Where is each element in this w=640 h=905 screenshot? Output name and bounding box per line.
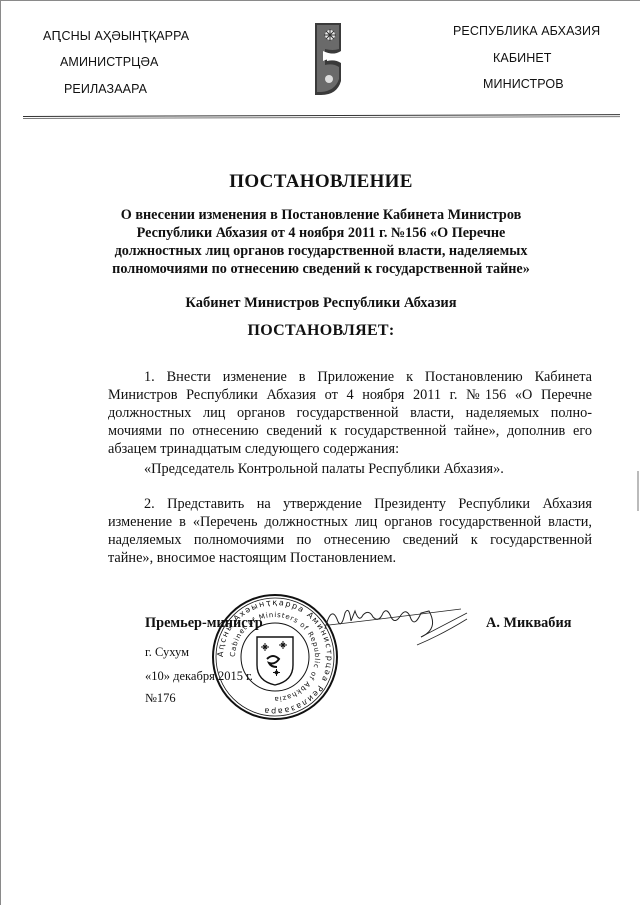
issuer-heading: Кабинет Министров Республики Абхазия: [1, 295, 640, 312]
header-left-line-2: АМИНИСТРЦӘА: [60, 55, 158, 69]
quoted-addition: «Председатель Контрольной палаты Республ…: [144, 461, 504, 478]
header-left-line-3: РЕИЛАЗААРА: [64, 82, 147, 96]
handwritten-signature-icon: [321, 599, 471, 649]
header-left-line-1: АԤСНЫ АҲӘЫНҬҚАРРА: [43, 28, 189, 43]
subject-line: полномочиями по отнесению сведений к гос…: [111, 260, 531, 278]
header-right-line-2: КАБИНЕТ: [493, 51, 552, 65]
header-right-line-1: РЕСПУБЛИКА АБХАЗИЯ: [453, 24, 600, 38]
document-number: №176: [145, 691, 176, 706]
paragraph-line: 2. Представить на утверждение Президенту…: [108, 495, 592, 513]
paragraph-line: абзацем тринадцатым следующего содержани…: [108, 440, 592, 458]
paragraph-1: 1. Внести изменение в Приложение к Поста…: [108, 368, 592, 458]
paragraph-line: тайне», вносимое настоящим Постановление…: [108, 549, 592, 567]
paragraph-line: мочиями по отнесению сведений к государс…: [108, 422, 592, 440]
scan-edge-artifact: [637, 471, 639, 511]
subject-line: О внесении изменения в Постановление Каб…: [111, 206, 531, 224]
paragraph-line: должностных лиц органов государственной …: [108, 404, 592, 422]
paragraph-line: наделяемых полномочиями по отнесению све…: [108, 531, 592, 549]
subject-line: должностных лиц органов государственной …: [111, 242, 531, 260]
document-page: АԤСНЫ АҲӘЫНҬҚАРРА АМИНИСТРЦӘА РЕИЛАЗААРА…: [0, 0, 640, 905]
document-subject: О внесении изменения в Постановление Каб…: [111, 206, 531, 278]
city: г. Сухум: [145, 645, 189, 660]
subject-line: Республики Абхазия от 4 ноября 2011 г. №…: [111, 224, 531, 242]
coat-of-arms-emblem-icon: [313, 21, 343, 97]
header-right-line-3: МИНИСТРОВ: [483, 77, 564, 91]
paragraph-2: 2. Представить на утверждение Президенту…: [108, 495, 592, 567]
paragraph-line: изменение в «Перечень должностных лиц ор…: [108, 513, 592, 531]
paragraph-line: Министров Республики Абхазия от 4 ноября…: [108, 386, 592, 404]
document-title: ПОСТАНОВЛЕНИЕ: [1, 171, 640, 193]
decree-heading: ПОСТАНОВЛЯЕТ:: [1, 322, 640, 340]
signatory-name: А. Миквабия: [486, 615, 571, 632]
official-seal-icon: Аԥсны Ахәынҭқарра Аминистрцәа Реилазаара…: [211, 593, 339, 721]
paragraph-line: 1. Внести изменение в Приложение к Поста…: [108, 368, 592, 386]
